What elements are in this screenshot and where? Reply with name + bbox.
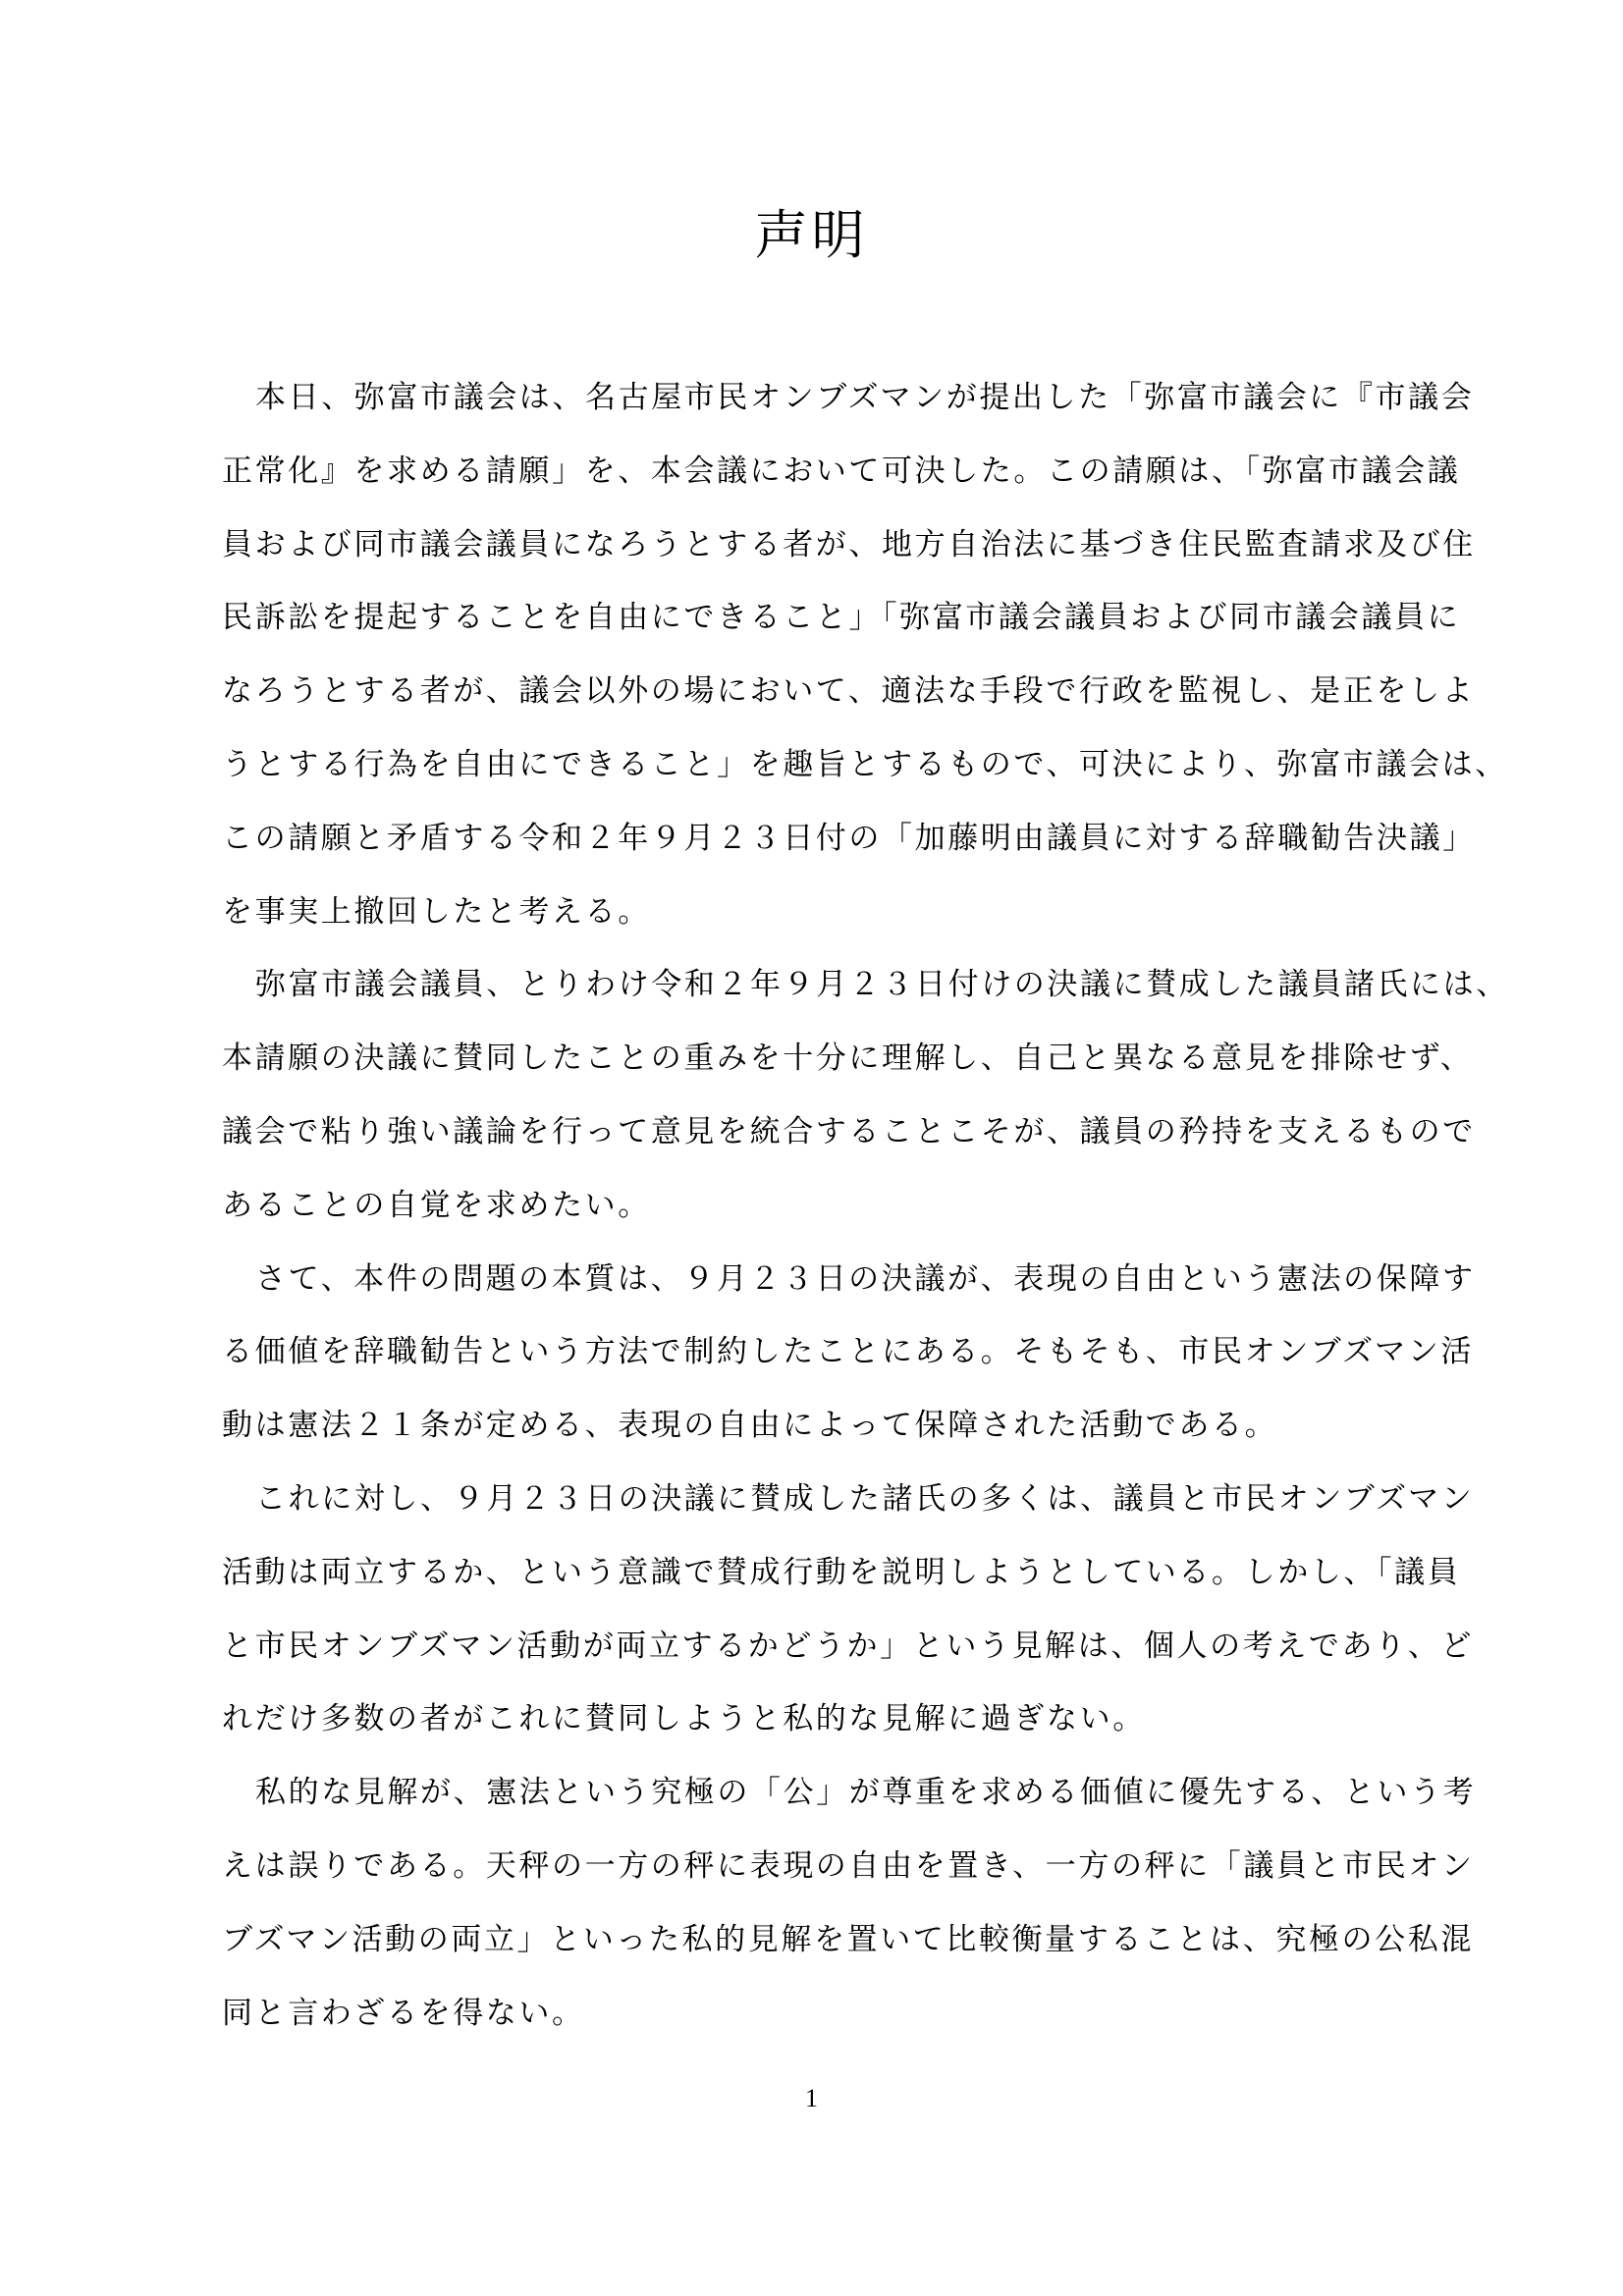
text-line: 私的な見解が、憲法という究極の「公」が尊重を求める価値に優先する、という考 <box>222 1756 1469 1830</box>
text-line: 民訴訟を提起することを自由にできること」「弥富市議会議員および同市議会議員に <box>222 581 1469 655</box>
text-line: と市民オンブズマン活動が両立するかどうか」という見解は、個人の考えであり、ど <box>222 1610 1469 1683</box>
text-line: 動は憲法２１条が定める、表現の自由によって保障された活動である。 <box>222 1389 1469 1463</box>
text-line: 本日、弥富市議会は、名古屋市民オンブズマンが提出した「弥富市議会に『市議会 <box>222 361 1469 435</box>
paragraph-3: さて、本件の問題の本質は、９月２３日の決議が、表現の自由という憲法の保障す る価… <box>222 1243 1469 1463</box>
text-line: ブズマン活動の両立」といった私的見解を置いて比較衡量することは、究極の公私混 <box>222 1903 1469 1977</box>
text-line: 員および同市議会議員になろうとする者が、地方自治法に基づき住民監査請求及び住 <box>222 508 1469 582</box>
paragraph-4: これに対し、９月２３日の決議に賛成した諸氏の多くは、議員と市民オンブズマン 活動… <box>222 1463 1469 1756</box>
text-line: る価値を辞職勧告という方法で制約したことにある。そもそも、市民オンブズマン活 <box>222 1315 1469 1389</box>
text-line: 活動は両立するか、という意識で賛成行動を説明しようとしている。しかし、「議員 <box>222 1536 1469 1610</box>
text-line: うとする行為を自由にできること」を趣旨とするもので、可決により、弥富市議会は、 <box>222 728 1469 802</box>
document-body: 本日、弥富市議会は、名古屋市民オンブズマンが提出した「弥富市議会に『市議会 正常… <box>222 361 1469 2050</box>
document-title: 声明 <box>0 196 1623 275</box>
text-line: れだけ多数の者がこれに賛同しようと私的な見解に過ぎない。 <box>222 1682 1469 1756</box>
text-line: これに対し、９月２３日の決議に賛成した諸氏の多くは、議員と市民オンブズマン <box>222 1463 1469 1536</box>
paragraph-5: 私的な見解が、憲法という究極の「公」が尊重を求める価値に優先する、という考 えは… <box>222 1756 1469 2050</box>
text-line: さて、本件の問題の本質は、９月２３日の決議が、表現の自由という憲法の保障す <box>222 1243 1469 1316</box>
text-line: えは誤りである。天秤の一方の秤に表現の自由を置き、一方の秤に「議員と市民オン <box>222 1830 1469 1903</box>
text-line: 正常化』を求める請願」を、本会議において可決した。この請願は、「弥富市議会議 <box>222 435 1469 508</box>
text-line: 弥富市議会議員、とりわけ令和２年９月２３日付けの決議に賛成した議員諸氏には、 <box>222 948 1469 1022</box>
paragraph-2: 弥富市議会議員、とりわけ令和２年９月２３日付けの決議に賛成した議員諸氏には、 本… <box>222 948 1469 1242</box>
text-line: この請願と矛盾する令和２年９月２３日付の「加藤明由議員に対する辞職勧告決議」 <box>222 802 1469 876</box>
text-line: 本請願の決議に賛同したことの重みを十分に理解し、自己と異なる意見を排除せず、 <box>222 1022 1469 1095</box>
text-line: を事実上撤回したと考える。 <box>222 876 1469 949</box>
paragraph-1: 本日、弥富市議会は、名古屋市民オンブズマンが提出した「弥富市議会に『市議会 正常… <box>222 361 1469 948</box>
text-line: 議会で粘り強い議論を行って意見を統合することこそが、議員の矜持を支えるもので <box>222 1095 1469 1169</box>
text-line: なろうとする者が、議会以外の場において、適法な手段で行政を監視し、是正をしよ <box>222 655 1469 728</box>
text-line: あることの自覚を求めたい。 <box>222 1169 1469 1243</box>
text-line: 同と言わざるを得ない。 <box>222 1977 1469 2051</box>
page-number: 1 <box>0 2079 1623 2118</box>
document-page: 声明 本日、弥富市議会は、名古屋市民オンブズマンが提出した「弥富市議会に『市議会… <box>0 0 1623 2296</box>
